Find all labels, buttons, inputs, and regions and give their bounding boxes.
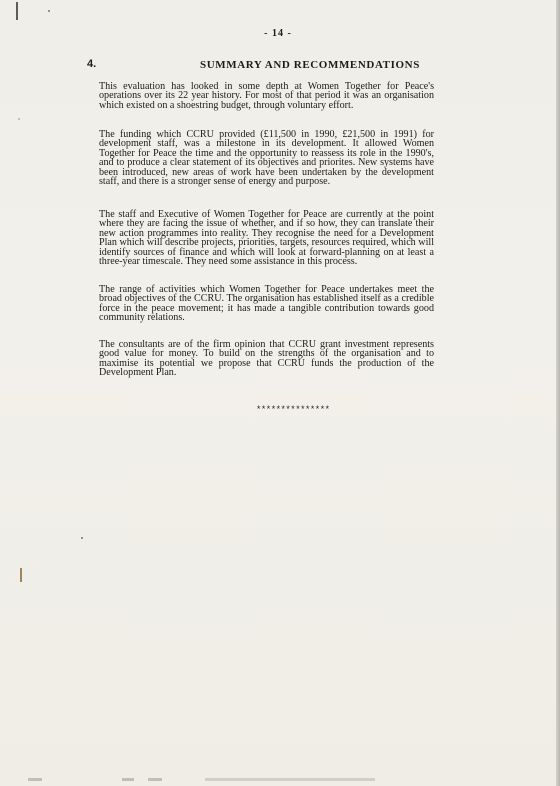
scan-speck — [48, 10, 50, 12]
scan-artifact-mark — [20, 568, 22, 582]
section-number: 4. — [87, 58, 96, 70]
paragraph-development-plan-need: The staff and Executive of Women Togethe… — [99, 210, 434, 266]
document-page: - 14 - 4. SUMMARY AND RECOMMENDATIONS Th… — [0, 0, 556, 786]
scan-artifact-bottom — [28, 778, 42, 781]
scan-speck — [81, 537, 83, 539]
end-separator: *************** — [256, 405, 330, 415]
paragraph-ccru-funding: The funding which CCRU provided (£11,500… — [99, 130, 434, 186]
paragraph-evaluation-overview: This evaluation has looked in some depth… — [99, 82, 434, 110]
paragraph-activities-objectives: The range of activities which Women Toge… — [99, 285, 434, 323]
scan-artifact-mark — [16, 2, 18, 20]
scan-speck — [18, 118, 20, 120]
paragraph-recommendation: The consultants are of the firm opinion … — [99, 340, 434, 378]
page-edge-shadow — [556, 0, 560, 786]
section-title: SUMMARY AND RECOMMENDATIONS — [200, 59, 420, 71]
scan-artifact-bottom — [148, 778, 162, 781]
scan-artifact-bottom — [122, 778, 134, 781]
page-number: - 14 - — [0, 28, 556, 39]
scan-artifact-bottom — [205, 778, 375, 781]
